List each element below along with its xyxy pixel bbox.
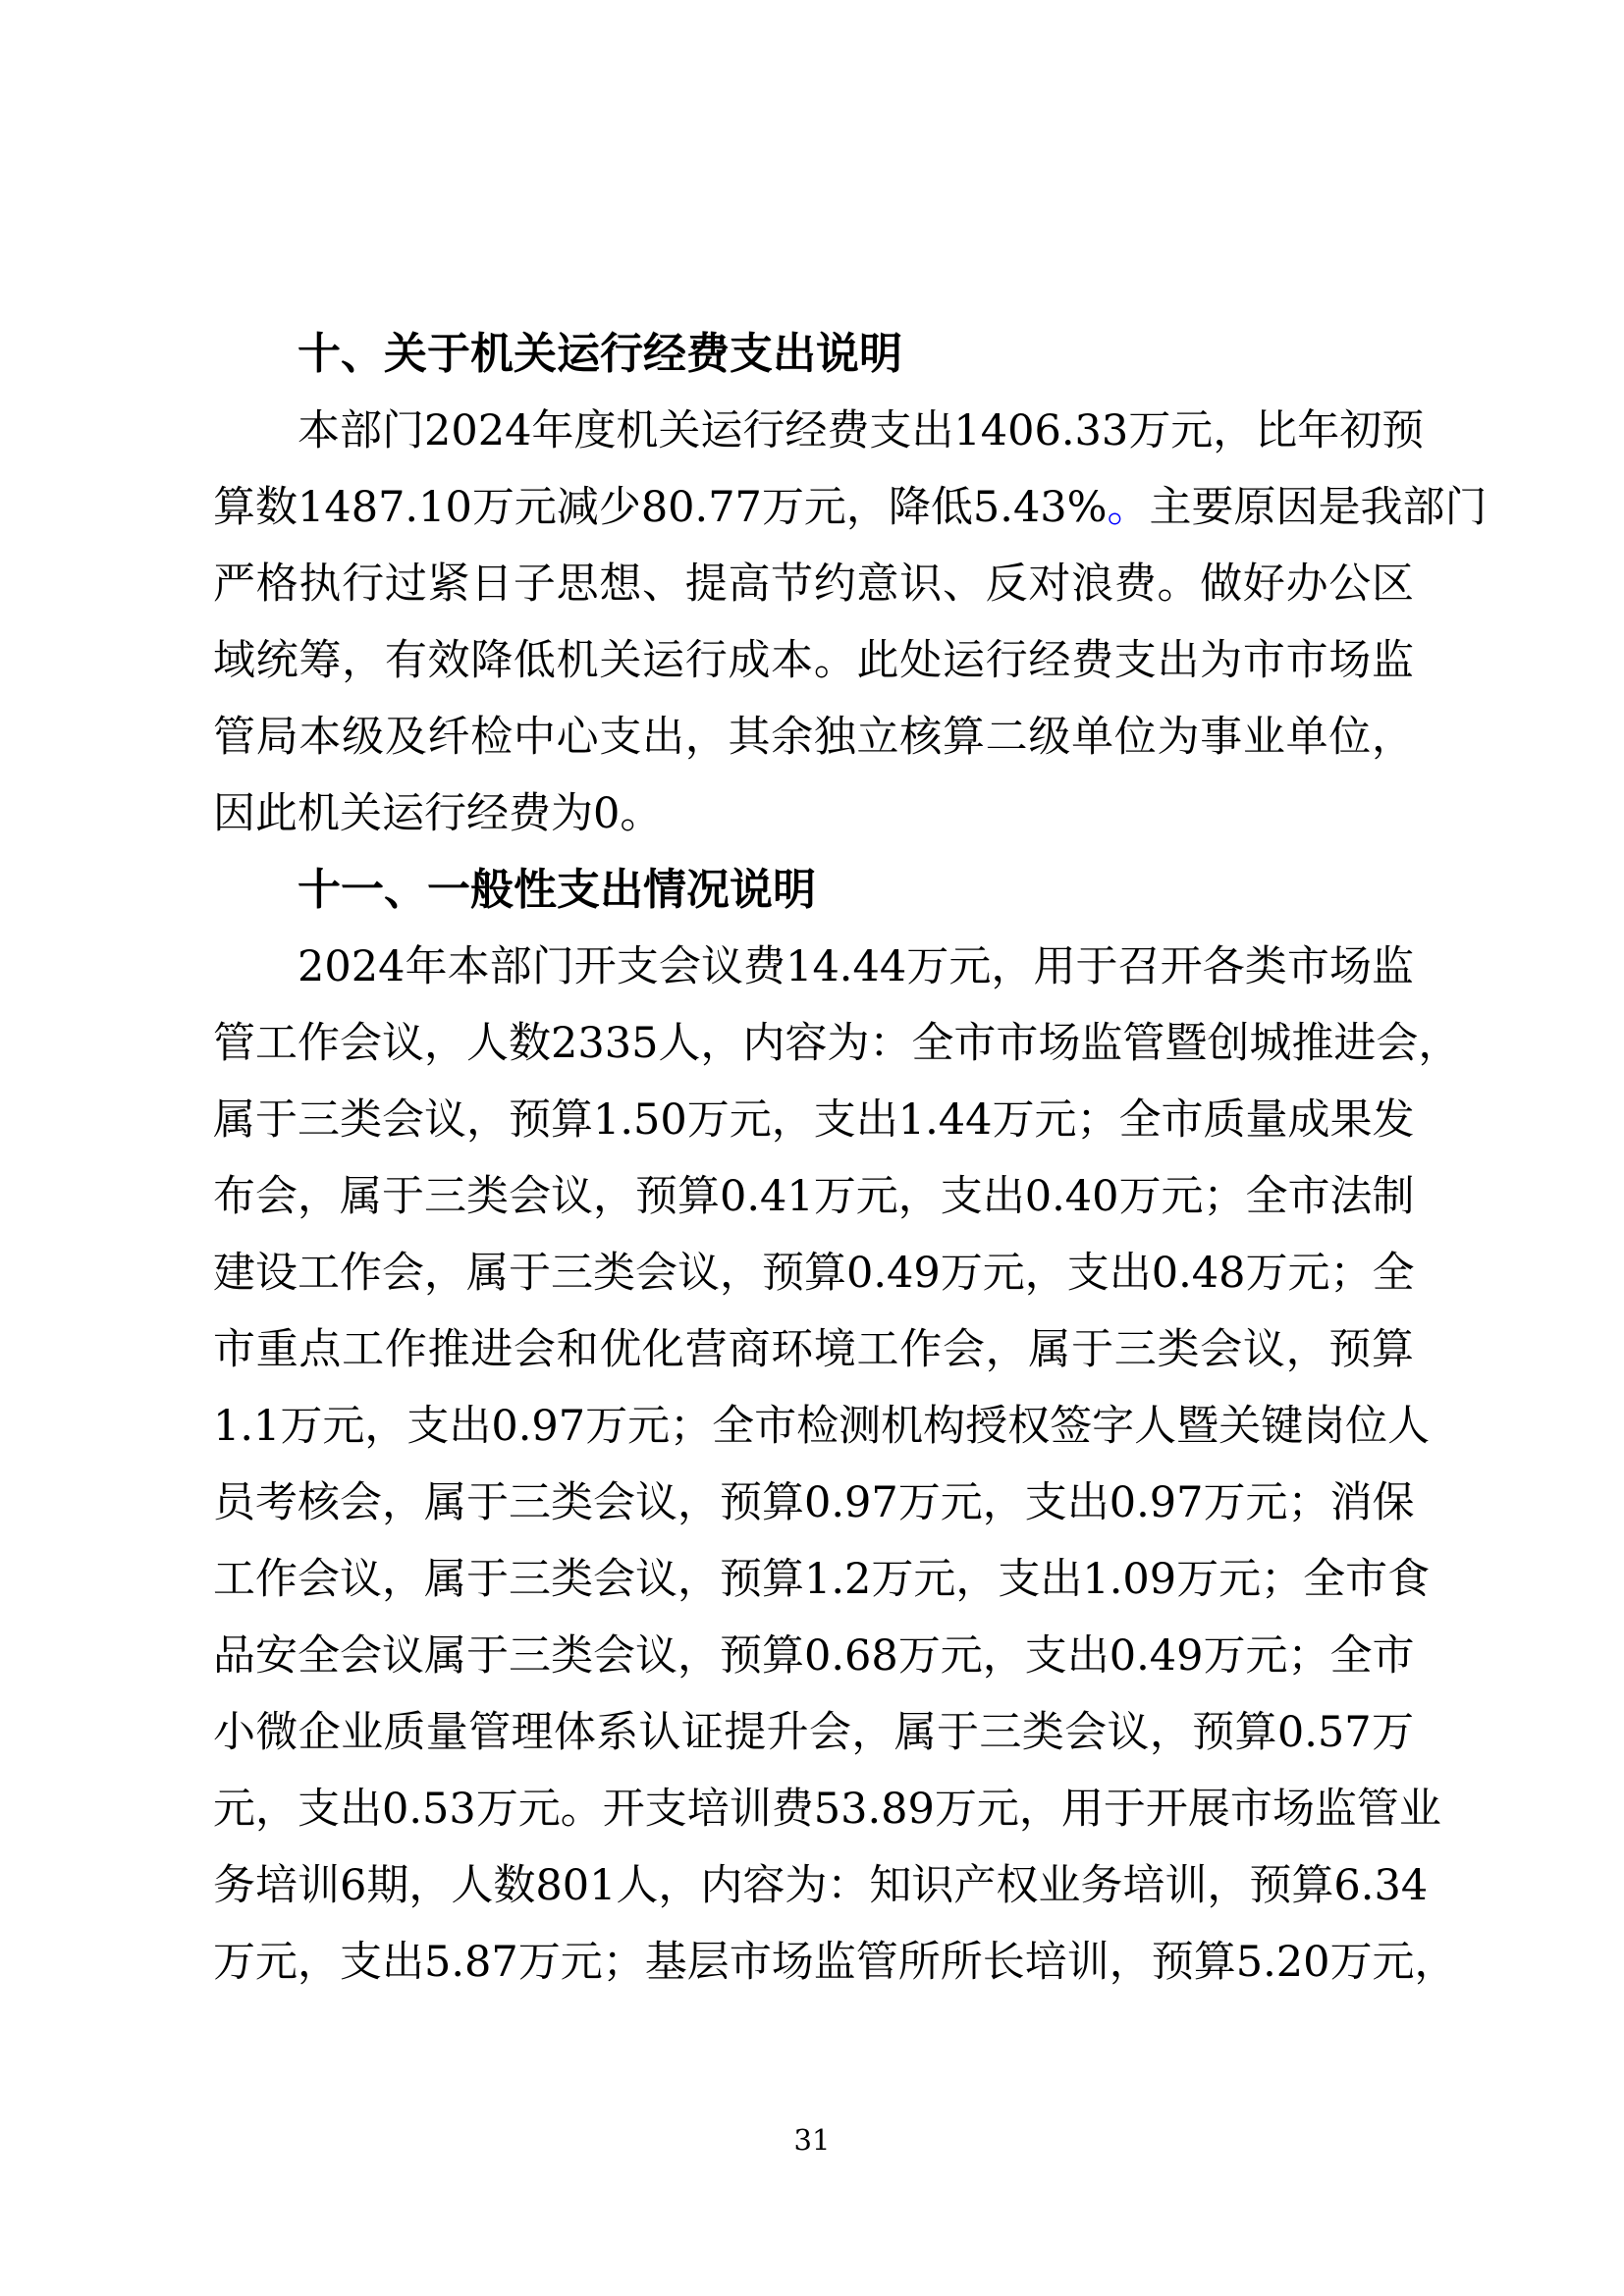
text-line: 小微企业质量管理体系认证提升会，属于三类会议，预算0.57万 (213, 1694, 1414, 1771)
text-line: 本部门2024年度机关运行经费支出1406.33万元，比年初预 (213, 393, 1414, 469)
text-line: 务培训6期，人数801人，内容为：知识产权业务培训，预算6.34 (213, 1847, 1414, 1924)
text-line: 因此机关运行经费为0。 (213, 775, 1414, 852)
text-line: 算数1487.10万元减少80.77万元，降低5.43%。主要原因是我部门 (213, 469, 1414, 546)
text-line: 管局本级及纤检中心支出，其余独立核算二级单位为事业单位， (213, 699, 1414, 775)
text-line: 员考核会，属于三类会议，预算0.97万元，支出0.97万元；消保 (213, 1465, 1414, 1541)
text-line: 严格执行过紧日子思想、提高节约意识、反对浪费。做好办公区 (213, 546, 1414, 622)
section-heading-eleven: 十一、一般性支出情况说明 (213, 852, 1414, 929)
text-line: 市重点工作推进会和优化营商环境工作会，属于三类会议，预算 (213, 1311, 1414, 1388)
text-segment: 算数1487.10万元减少80.77万元，降低5.43% (213, 483, 1108, 532)
text-line: 建设工作会，属于三类会议，预算0.49万元，支出0.48万元；全 (213, 1235, 1414, 1311)
text-line: 元，支出0.53万元。开支培训费53.89万元，用于开展市场监管业 (213, 1771, 1414, 1847)
section-heading-ten: 十、关于机关运行经费支出说明 (213, 316, 1414, 393)
text-line: 管工作会议，人数2335人，内容为：全市市场监管暨创城推进会， (213, 1005, 1414, 1082)
text-line: 1.1万元，支出0.97万元；全市检测机构授权签字人暨关键岗位人 (213, 1388, 1414, 1465)
page-number: 31 (0, 2122, 1624, 2158)
blue-period: 。 (1108, 483, 1150, 532)
text-segment: 主要原因是我部门 (1150, 483, 1488, 532)
document-page: 十、关于机关运行经费支出说明 本部门2024年度机关运行经费支出1406.33万… (0, 0, 1624, 2296)
text-line: 属于三类会议，预算1.50万元，支出1.44万元；全市质量成果发 (213, 1082, 1414, 1158)
text-line: 品安全会议属于三类会议，预算0.68万元，支出0.49万元；全市 (213, 1618, 1414, 1694)
text-line: 2024年本部门开支会议费14.44万元，用于召开各类市场监 (213, 929, 1414, 1005)
text-line: 工作会议，属于三类会议，预算1.2万元，支出1.09万元；全市食 (213, 1541, 1414, 1618)
text-line: 布会，属于三类会议，预算0.41万元，支出0.40万元；全市法制 (213, 1158, 1414, 1235)
text-line: 域统筹，有效降低机关运行成本。此处运行经费支出为市市场监 (213, 622, 1414, 699)
text-line: 万元，支出5.87万元；基层市场监管所所长培训，预算5.20万元， (213, 1924, 1414, 2001)
document-body: 十、关于机关运行经费支出说明 本部门2024年度机关运行经费支出1406.33万… (213, 316, 1414, 2001)
